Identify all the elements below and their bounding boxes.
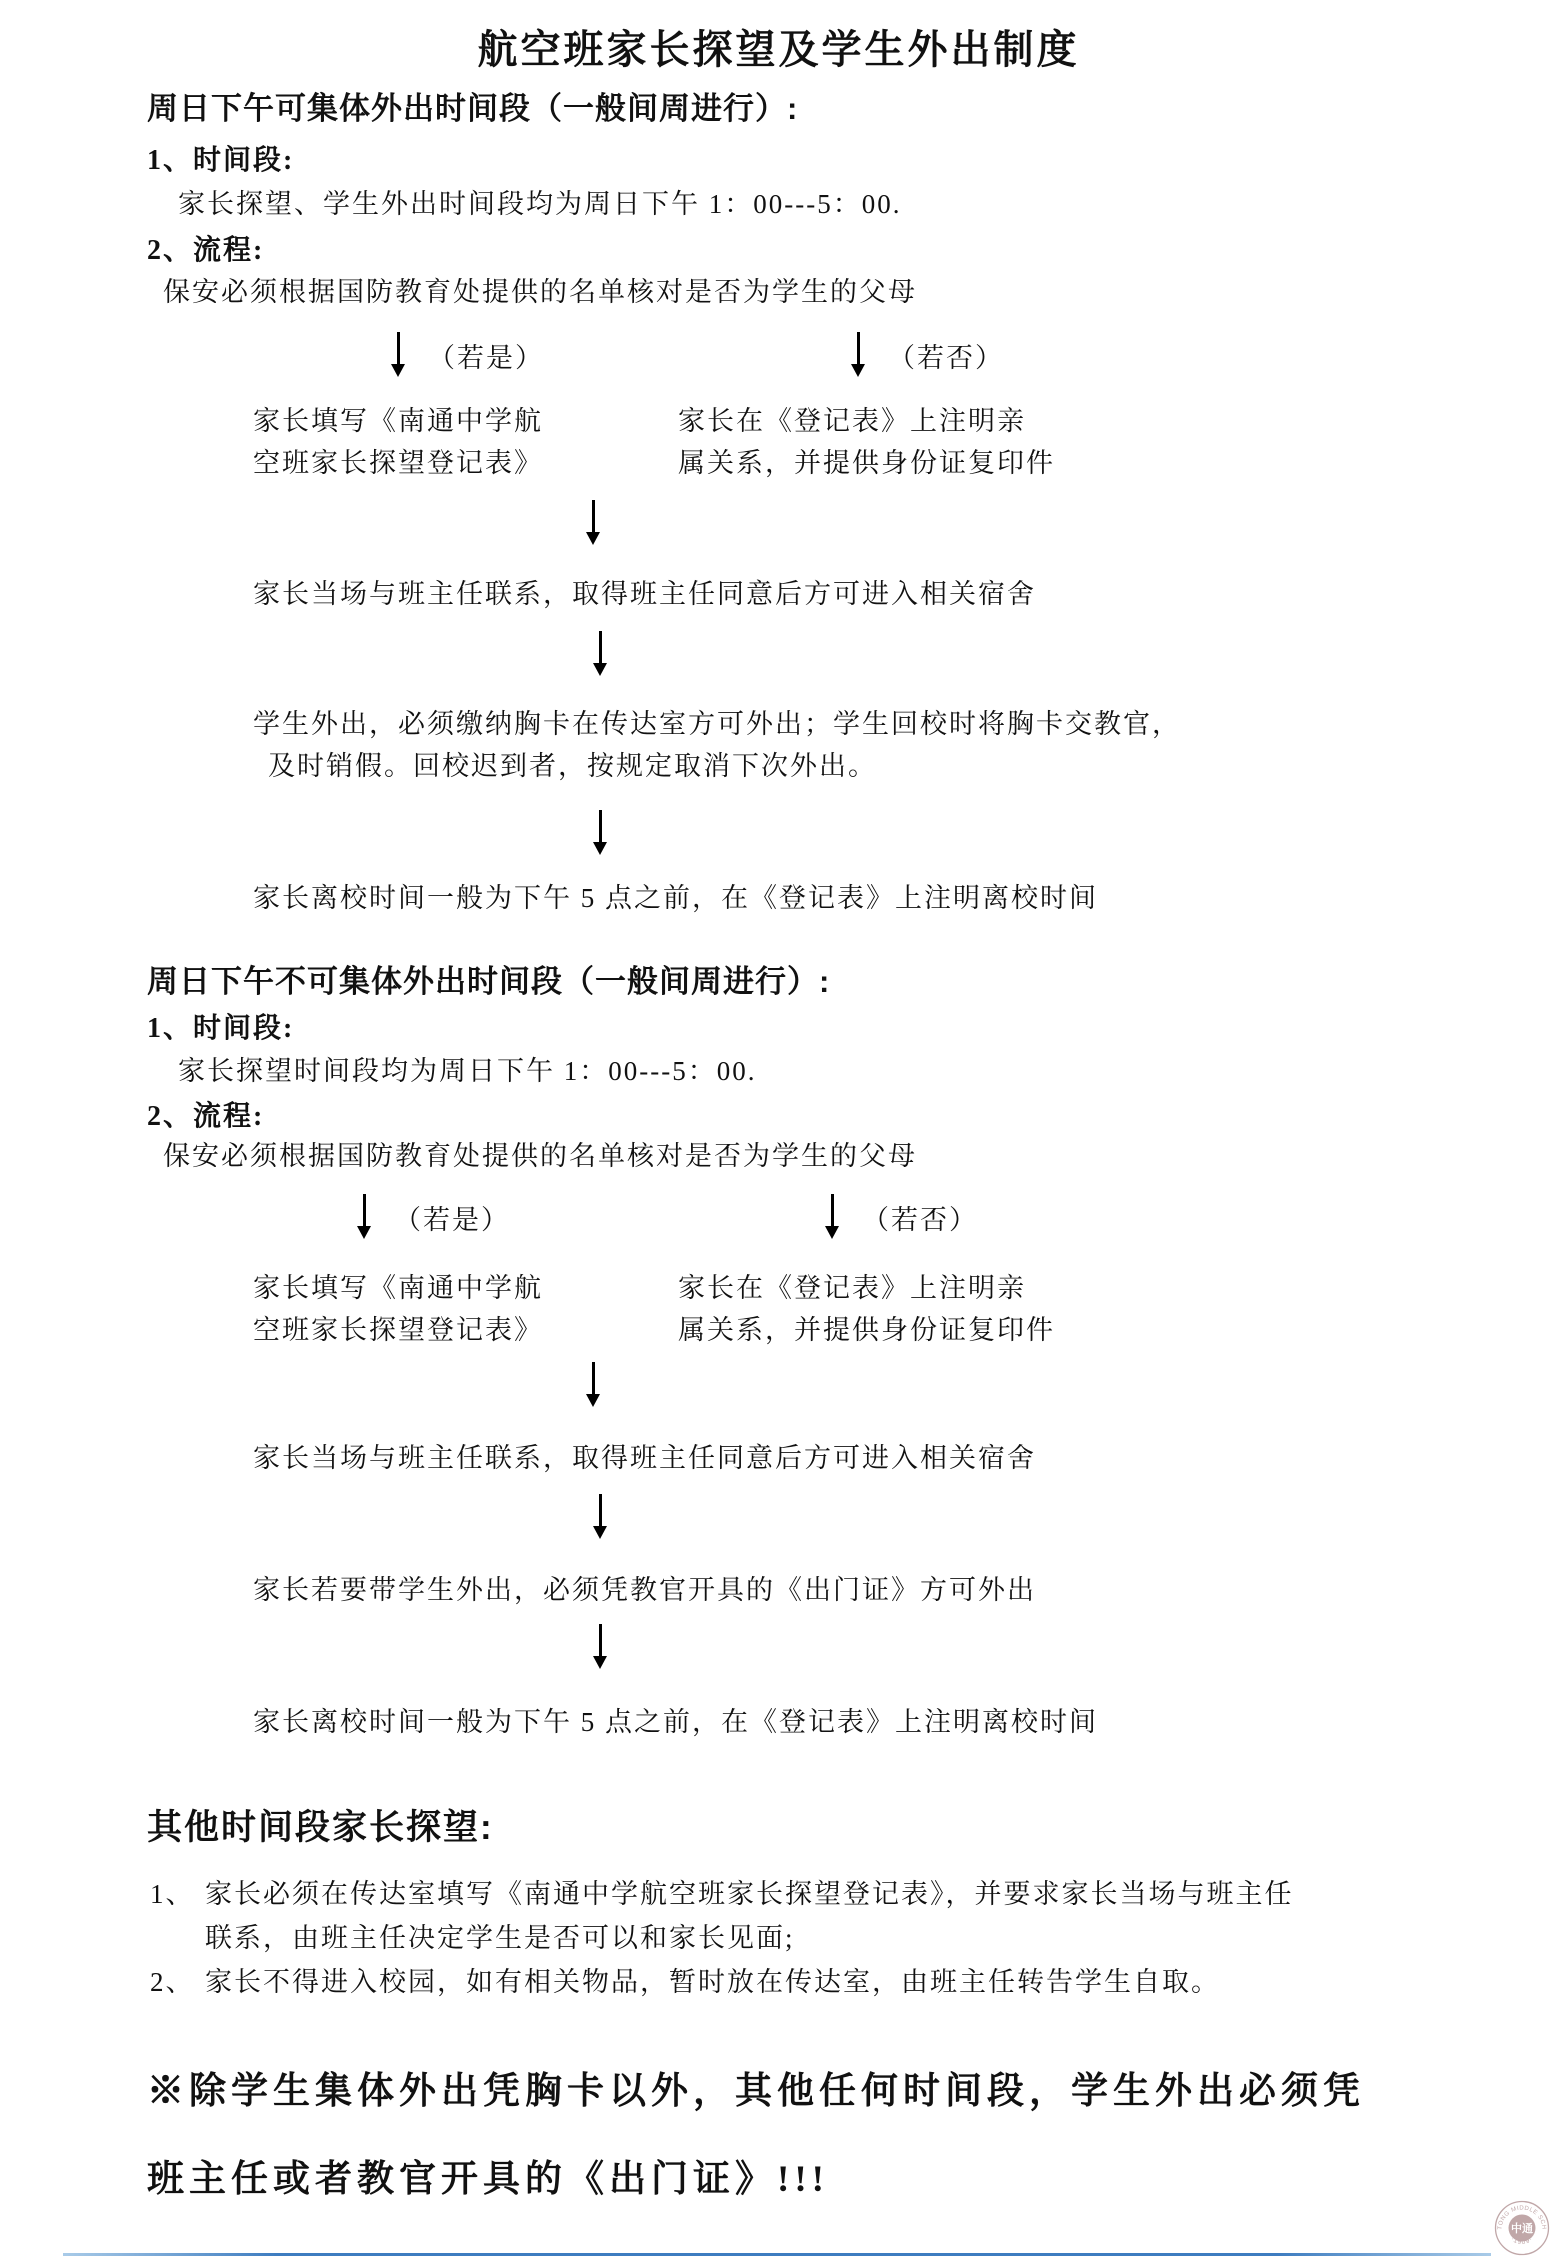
section1-item2-label: 2、流程: — [147, 228, 264, 268]
flow-arrow-down-icon — [592, 1624, 608, 1670]
section2-item1-body: 家长探望时间段均为周日下午 1：00---5：00. — [178, 1049, 756, 1088]
section2-step2: 家长当场与班主任联系，取得班主任同意后方可进入相关宿舍 — [253, 1436, 1036, 1475]
seal-center-characters: 中通 — [1511, 2221, 1533, 2235]
school-seal-watermark: NANTONG MIDDLE SCHOOL ·1909· 中通 — [1494, 2200, 1550, 2256]
section3-item1-line2: 联系，由班主任决定学生是否可以和家长见面; — [205, 1916, 795, 1955]
section3-heading: 其他时间段家长探望: — [147, 1800, 494, 1850]
section2-right-col-line2: 属关系，并提供身份证复印件 — [678, 1308, 1055, 1347]
section1-item1-body: 家长探望、学生外出时间段均为周日下午 1：00---5：00. — [178, 182, 901, 221]
page-title: 航空班家长探望及学生外出制度 — [0, 18, 1557, 75]
section3-item2-line1: 家长不得进入校园，如有相关物品，暂时放在传达室，由班主任转告学生自取。 — [205, 1960, 1220, 1999]
section2-branch-no-label: （若否） — [862, 1198, 978, 1237]
footnote-line2: 班主任或者教官开具的《出门证》!!! — [147, 2148, 829, 2202]
section2-branch-yes-label: （若是） — [394, 1198, 510, 1237]
section3-item1-number: 1、 — [150, 1872, 195, 1911]
section2-item2-body: 保安必须根据国防教育处提供的名单核对是否为学生的父母 — [163, 1134, 917, 1173]
section1-right-col-line1: 家长在《登记表》上注明亲 — [678, 399, 1026, 438]
section2-left-col-line1: 家长填写《南通中学航 — [253, 1266, 543, 1305]
section2-item1-label: 1、时间段: — [147, 1006, 294, 1046]
flow-arrow-down-icon — [592, 631, 608, 677]
section1-branch-no-label: （若否） — [888, 336, 1004, 375]
section1-heading: 周日下午可集体外出时间段（一般间周进行）: — [147, 83, 798, 128]
section1-right-col-line2: 属关系，并提供身份证复印件 — [678, 441, 1055, 480]
flow-arrow-down-icon — [585, 1362, 601, 1408]
section1-left-col-line2: 空班家长探望登记表》 — [253, 441, 543, 480]
section1-branch-yes-label: （若是） — [428, 336, 544, 375]
section1-item2-body: 保安必须根据国防教育处提供的名单核对是否为学生的父母 — [163, 270, 917, 309]
flow-arrow-down-icon — [390, 332, 406, 378]
section2-left-col-line2: 空班家长探望登记表》 — [253, 1308, 543, 1347]
section1-left-col-line1: 家长填写《南通中学航 — [253, 399, 543, 438]
flow-arrow-down-icon — [592, 1494, 608, 1540]
section1-step2: 家长当场与班主任联系，取得班主任同意后方可进入相关宿舍 — [253, 572, 1036, 611]
section1-step3-line1: 学生外出，必须缴纳胸卡在传达室方可外出；学生回校时将胸卡交教官， — [253, 702, 1181, 741]
section2-right-col-line1: 家长在《登记表》上注明亲 — [678, 1266, 1026, 1305]
flow-arrow-down-icon — [592, 810, 608, 856]
section3-item1-line1: 家长必须在传达室填写《南通中学航空班家长探望登记表》，并要求家长当场与班主任 — [205, 1872, 1294, 1911]
section2-item2-label: 2、流程: — [147, 1094, 264, 1134]
section1-step4: 家长离校时间一般为下午 5 点之前，在《登记表》上注明离校时间 — [253, 876, 1098, 915]
bottom-page-rule — [63, 2253, 1491, 2256]
section3-item2-number: 2、 — [150, 1960, 195, 1999]
flow-arrow-down-icon — [585, 500, 601, 546]
section2-step4: 家长离校时间一般为下午 5 点之前，在《登记表》上注明离校时间 — [253, 1700, 1098, 1739]
footnote-line1: ※除学生集体外出凭胸卡以外，其他任何时间段，学生外出必须凭 — [147, 2060, 1365, 2114]
flow-arrow-down-icon — [824, 1194, 840, 1240]
section2-step3: 家长若要带学生外出，必须凭教官开具的《出门证》方可外出 — [253, 1568, 1036, 1607]
section1-step3-line2: 及时销假。回校迟到者，按规定取消下次外出。 — [268, 744, 877, 783]
section1-item1-label: 1、时间段: — [147, 138, 294, 178]
section2-heading: 周日下午不可集体外出时间段（一般间周进行）: — [147, 956, 830, 1001]
flow-arrow-down-icon — [850, 332, 866, 378]
flow-arrow-down-icon — [356, 1194, 372, 1240]
